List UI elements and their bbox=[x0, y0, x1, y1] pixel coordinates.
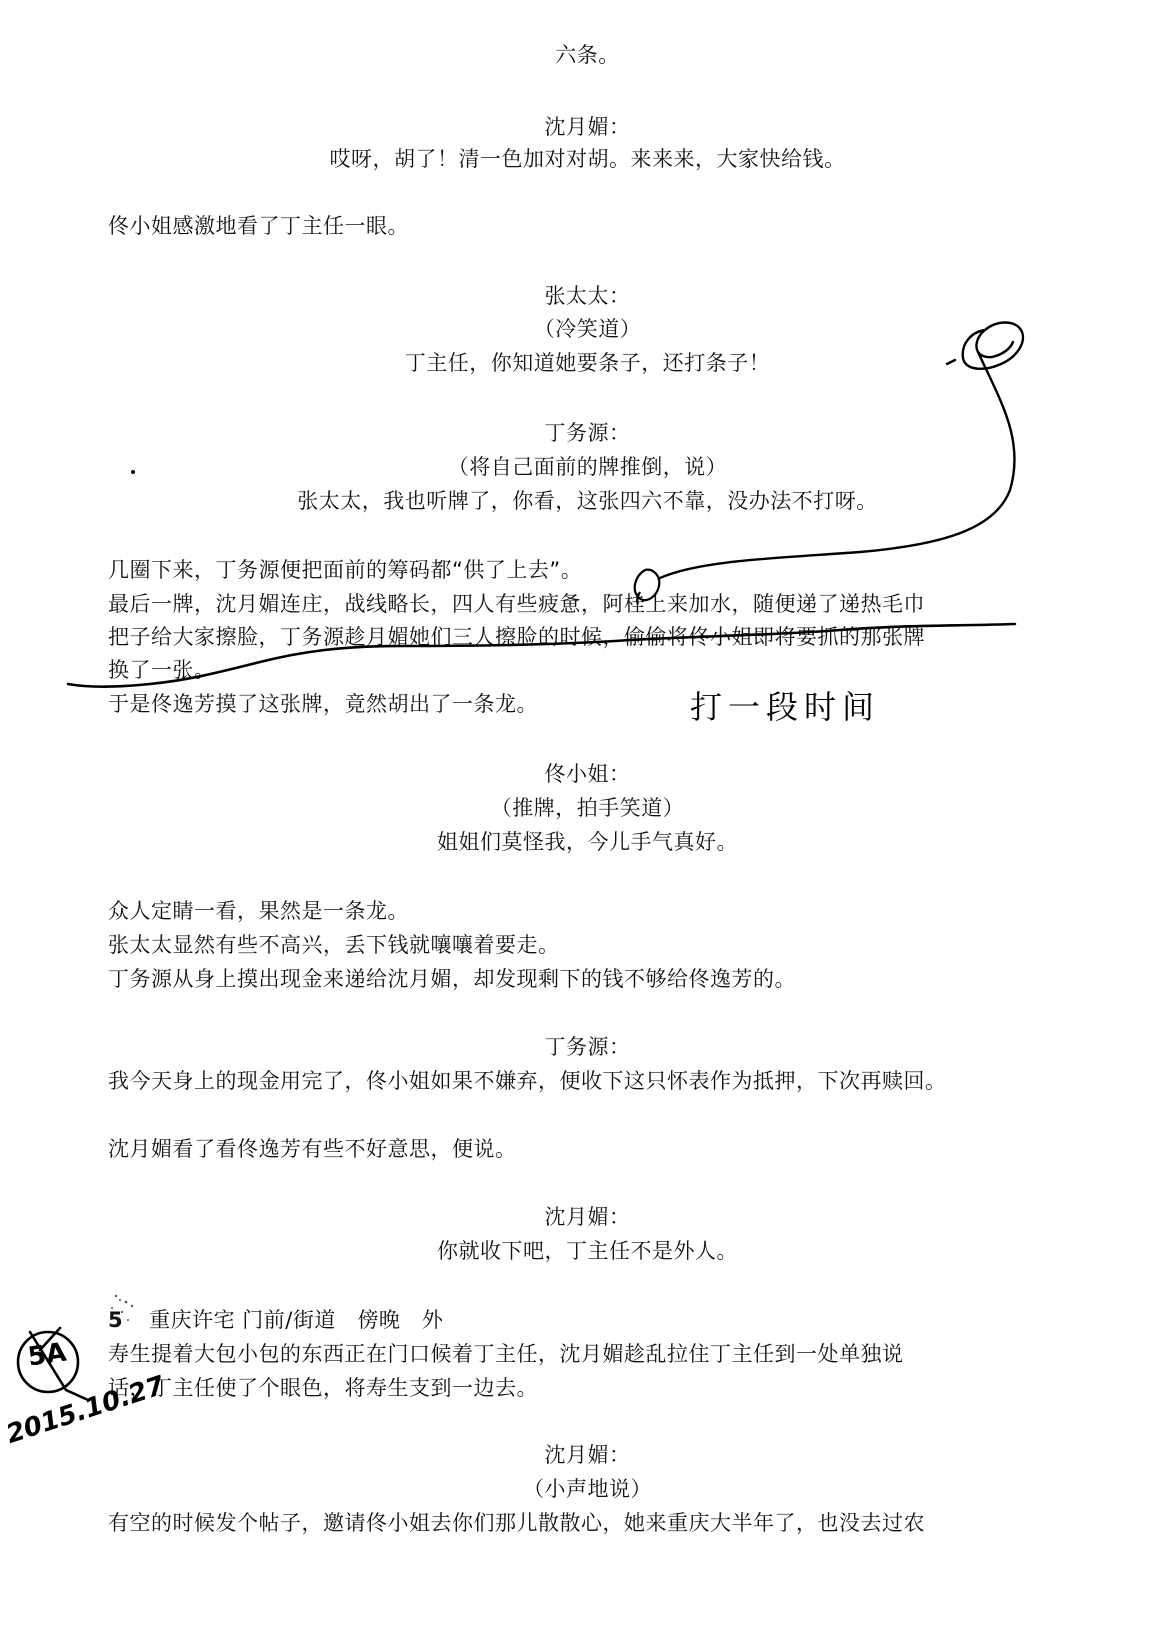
scene-number: 5 bbox=[108, 1308, 123, 1332]
character-name: 丁务源： bbox=[0, 418, 1175, 448]
action-line: 丁务源从身上摸出现金来递给沈月媚，却发现剩下的钱不够给佟逸芳的。 bbox=[108, 964, 796, 994]
parenthetical: （小声地说） bbox=[0, 1474, 1175, 1504]
scene-heading-text: 重庆许宅 门前/街道 傍晚 外 bbox=[149, 1308, 443, 1332]
action-line: 沈月媚看了看佟逸芳有些不好意思，便说。 bbox=[108, 1134, 517, 1164]
action-line: 几圈下来，丁务源便把面前的筹码都“供了上去”。 bbox=[108, 555, 582, 585]
action-line: 有空的时候发个帖子，邀请佟小姐去你们那儿散散心，她来重庆大半年了，也没去过农 bbox=[108, 1508, 925, 1538]
character-name: 佟小姐： bbox=[0, 759, 1175, 789]
action-line: 最后一牌，沈月媚连庄，战线略长，四人有些疲惫，阿桂上来加水，随便递了递热毛巾 bbox=[108, 589, 925, 619]
character-name: 张太太： bbox=[0, 281, 1175, 311]
action-line-struck: 把子给大家擦脸，丁务源趁月媚她们三人擦脸的时候，偷偷将佟小姐即将要抓的那张牌 bbox=[108, 622, 925, 652]
parenthetical: （冷笑道） bbox=[0, 314, 1175, 344]
action-line: 众人定睛一看，果然是一条龙。 bbox=[108, 896, 409, 926]
action-line: 六条。 bbox=[0, 40, 1175, 70]
handwritten-date: 2015.10.27 bbox=[3, 1371, 169, 1450]
action-line: 话，丁主任使了个眼色，将寿生支到一边去。 bbox=[108, 1373, 538, 1403]
dialogue-line: 丁主任，你知道她要条子，还打条子！ bbox=[0, 348, 1175, 378]
dialogue-line: 我今天身上的现金用完了，佟小姐如果不嫌弃，便收下这只怀表作为抵押，下次再赎回。 bbox=[108, 1066, 947, 1096]
character-name: 丁务源： bbox=[0, 1032, 1175, 1062]
parenthetical: （推牌，拍手笑道） bbox=[0, 793, 1175, 823]
handwritten-note: 打一段时间 bbox=[690, 682, 880, 728]
action-line: 张太太显然有些不高兴，丢下钱就嚷嚷着要走。 bbox=[108, 930, 560, 960]
action-line: 寿生提着大包小包的东西正在门口候着丁主任，沈月媚趁乱拉住丁主任到一处单独说 bbox=[108, 1339, 904, 1369]
dialogue-line: 哎呀，胡了！清一色加对对胡。来来来，大家快给钱。 bbox=[0, 144, 1175, 174]
dialogue-line: 张太太，我也听牌了，你看，这张四六不靠，没办法不打呀。 bbox=[0, 486, 1175, 516]
scene-5a-label: 5A bbox=[26, 1337, 68, 1372]
action-line: 于是佟逸芳摸了这张牌，竟然胡出了一条龙。 bbox=[108, 689, 538, 719]
parenthetical: （将自己面前的牌推倒，说） bbox=[0, 452, 1175, 482]
action-line-struck: 换了一张。 bbox=[108, 655, 216, 685]
dialogue-line: 你就收下吧，丁主任不是外人。 bbox=[0, 1236, 1175, 1266]
character-name: 沈月媚： bbox=[0, 112, 1175, 142]
action-line: 佟小姐感激地看了丁主任一眼。 bbox=[108, 211, 409, 241]
character-name: 沈月媚： bbox=[0, 1440, 1175, 1470]
dialogue-line: 姐姐们莫怪我，今儿手气真好。 bbox=[0, 827, 1175, 857]
scene-heading: 5重庆许宅 门前/街道 傍晚 外 bbox=[108, 1305, 443, 1335]
character-name: 沈月媚： bbox=[0, 1202, 1175, 1232]
